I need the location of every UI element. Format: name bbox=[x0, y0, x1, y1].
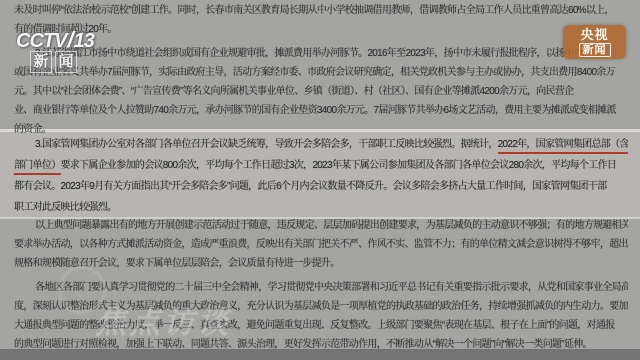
highlight-line1-text: 3.国家管网集团办公室对各部门各单位召开会议缺乏统筹，导致开会多陪会多，干部职工… bbox=[35, 139, 498, 150]
red-underline-annotation: 部门单位） bbox=[14, 160, 61, 175]
document-part-3: 以上典型问题暴露出有的地方开展创建示范活动过于随意，违反规定、层层加码提出创建要… bbox=[14, 216, 628, 354]
document-line: 度，深刻认识整治形式主义为基层减负的重大政治意义，充分认识为基层减负是一项厚植党… bbox=[14, 297, 628, 316]
cctv13-logo: CCTV/13 bbox=[16, 27, 94, 53]
document-line: 3.国家管网集团办公室对各部门各单位召开会议缺乏统筹，导致开会多陪会多，干部职工… bbox=[14, 134, 628, 155]
document-line: 职工对此反映比较强烈。 bbox=[14, 197, 628, 218]
cctv-news-corner-logo: 央视 新闻 bbox=[563, 25, 626, 59]
document-line: 2.江苏省镇江市扬中市绕道社会组织或国有企业规避审批，摊派费用举办河豚节。201… bbox=[14, 44, 628, 63]
document-line: 业、商业银行等单位及个人拉赞助740余万元，承办河豚节的国有企业垫资3400余万… bbox=[14, 101, 628, 120]
red-underline-annotation: 2022年，国家管网集团总部（含 bbox=[498, 139, 628, 154]
document-line: 都有会议。2023年9月有关方面指出其“开会多陪会多”问题，此后6个月内会议数量… bbox=[14, 176, 628, 197]
document-line: 大通报典型问题的整改整治力度，举一反三、真查实改，避免问题重复出现、反复整改。上… bbox=[14, 316, 628, 335]
document-line: 规格和规模随意召开会议，要求下属单位层层陪会，会议质量有待进一步提升。 bbox=[14, 254, 628, 273]
highlight-line2-text: 要求下属企业参加的会议800余次，平均每个工作日超过3次，2023年某下属公司参… bbox=[61, 160, 617, 171]
cctv-logo-slash: / bbox=[67, 27, 72, 52]
document-line: 元。其中以“社会团体会费”、“广告宣传费”等名义向所属机关事业单位、乡镇（街道）… bbox=[14, 82, 628, 101]
document-line: 有的借调时间超过20年。 bbox=[14, 20, 628, 39]
document-line: 要求举办活动，以各种方式摊派活动资金，造成严重浪费，反映出有关部门把关不严、作风… bbox=[14, 235, 628, 254]
bottom-bar bbox=[0, 349, 640, 360]
document-line: 或国有企业名义共举办7届河豚节，实际由政府主导，活动方案经市委、市政府会议研究确… bbox=[14, 63, 628, 82]
document-line: 未及时叫停“依法治校示范校”创建工作。同时，长春市南关区教育局长期从中小学校抽调… bbox=[14, 1, 628, 20]
news-channel-badge: 新 闻 bbox=[30, 51, 77, 73]
cctv-news-logo-top-text: 央视 bbox=[580, 28, 608, 42]
news-badge-char: 新 bbox=[30, 51, 52, 73]
document-line: 各地区各部门要认真学习贯彻党的二十届三中全会精神，学习贯彻党中央决策部署和习近平… bbox=[14, 278, 628, 297]
document-line: 部门单位）要求下属企业参加的会议800余次，平均每个工作日超过3次，2023年某… bbox=[14, 155, 628, 176]
document-highlighted-paragraph: 3.国家管网集团办公室对各部门各单位召开会议缺乏统筹，导致开会多陪会多，干部职工… bbox=[14, 134, 628, 218]
cctv-news-logo-bottom-text: 新闻 bbox=[579, 43, 611, 57]
document-part-1: 未及时叫停“依法治校示范校”创建工作。同时，长春市南关区教育局长期从中小学校抽调… bbox=[14, 1, 628, 139]
news-badge-char: 闻 bbox=[55, 51, 77, 73]
cctv-logo-number: 13 bbox=[74, 30, 94, 52]
document-line: 以上典型问题暴露出有的地方开展创建示范活动过于随意，违反规定、层层加码提出创建要… bbox=[14, 216, 628, 235]
cctv-logo-text: CCTV bbox=[16, 30, 66, 52]
